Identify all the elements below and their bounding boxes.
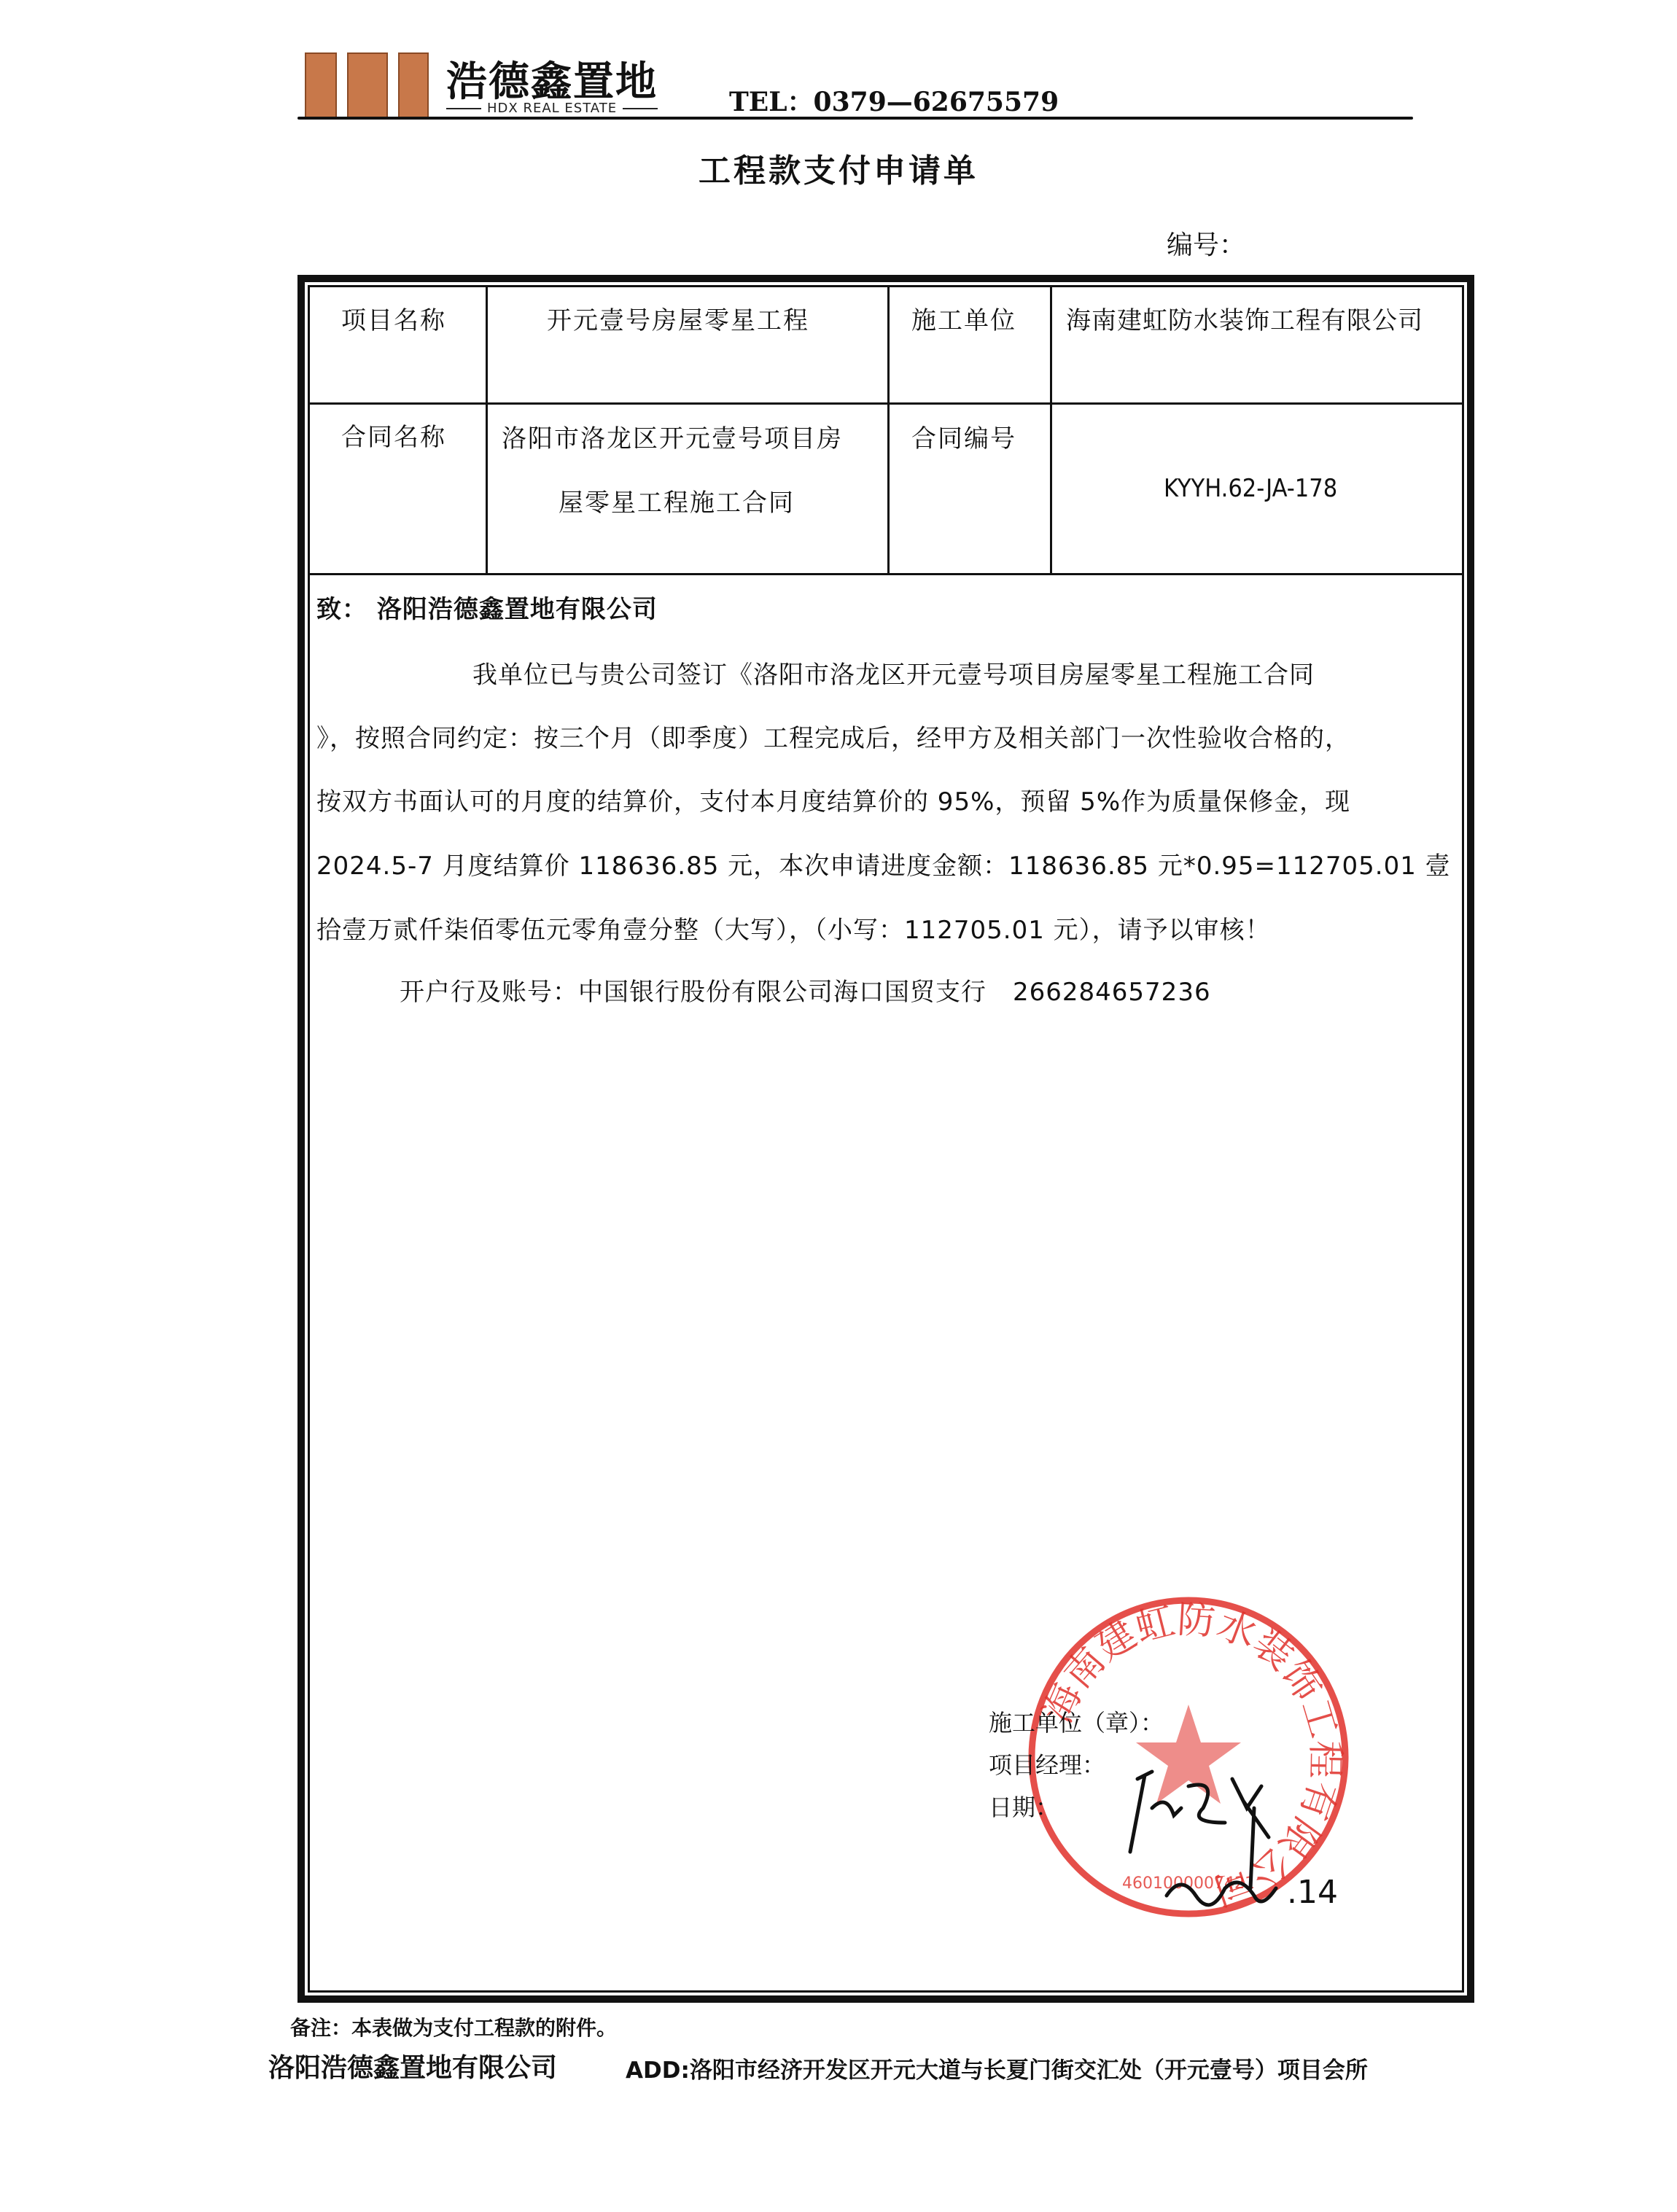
document-title: 工程款支付申请单 <box>0 144 1677 191</box>
value-contract-name-line1: 洛阳市洛龙区开元壹号项目房 <box>502 418 843 454</box>
date-label: 日期： <box>989 1789 1059 1823</box>
bank-label: 开户行及账号： <box>400 978 578 1007</box>
letterhead-divider <box>297 117 1413 120</box>
body-line-4: 2024.5-7 月度结算价 118636.85 元，本次申请进度金额：1186… <box>316 846 1451 881</box>
label-project-name: 项目名称 <box>341 300 446 336</box>
label-contract-number: 合同编号 <box>911 418 1016 454</box>
bank-name: 中国银行股份有限公司海口国贸支行 <box>578 978 987 1007</box>
body-line-1: 我单位已与贵公司签订《洛阳市洛龙区开元壹号项目房屋零星工程施工合同 <box>472 655 1315 690</box>
body-line-2: 》，按照合同约定：按三个月（即季度）工程完成后，经甲方及相关部门一次性验收合格的… <box>316 718 1350 754</box>
svg-text:.14: .14 <box>1287 1874 1338 1911</box>
footer-company: 洛阳浩德鑫置地有限公司 <box>268 2047 557 2084</box>
project-manager-label: 项目经理： <box>989 1747 1105 1780</box>
value-contract-name-line2: 屋零星工程施工合同 <box>559 483 795 518</box>
recipient: 致： 洛阳浩德鑫置地有限公司 <box>316 589 658 625</box>
manager-signature: .14 <box>1123 1750 1342 1925</box>
body-line-3: 按双方书面认可的月度的结算价，支付本月度结算价的 95%，预留 5%作为质量保修… <box>316 782 1350 817</box>
value-contractor: 海南建虹防水装饰工程有限公司 <box>1066 300 1423 336</box>
footer-note: 备注：本表做为支付工程款的附件。 <box>290 2012 617 2041</box>
body-line-5: 拾壹万贰仟柒佰零伍元零角壹分整（大写），（小写：112705.01 元），请予以… <box>316 910 1271 946</box>
table-bottom-divider <box>308 573 1464 575</box>
table-col-divider <box>887 285 890 574</box>
telephone: TEL：0379—62675579 <box>729 82 1059 119</box>
label-contractor: 施工单位 <box>911 300 1016 336</box>
table-col-divider <box>486 285 488 574</box>
label-contract-name: 合同名称 <box>341 417 446 453</box>
value-project-name: 开元壹号房屋零星工程 <box>547 300 809 336</box>
company-logo-english: HDX REAL ESTATE <box>446 101 658 116</box>
serial-number-label: 编号： <box>1167 225 1245 262</box>
footer-address: ADD:洛阳市经济开发区开元大道与长夏门街交汇处（开元壹号）项目会所 <box>626 2052 1368 2084</box>
value-contract-number: KYYH.62-JA-178 <box>1164 474 1337 503</box>
bank-account: 266284657236 <box>1013 978 1211 1007</box>
contractor-seal-label: 施工单位（章）： <box>989 1705 1164 1738</box>
table-row-divider <box>308 402 1464 405</box>
company-logo-mark <box>305 52 429 120</box>
table-col-divider <box>1050 285 1052 574</box>
company-logo-name: 浩德鑫置地 <box>446 50 658 108</box>
bank-info: 开户行及账号：中国银行股份有限公司海口国贸支行266284657236 <box>400 972 1211 1008</box>
